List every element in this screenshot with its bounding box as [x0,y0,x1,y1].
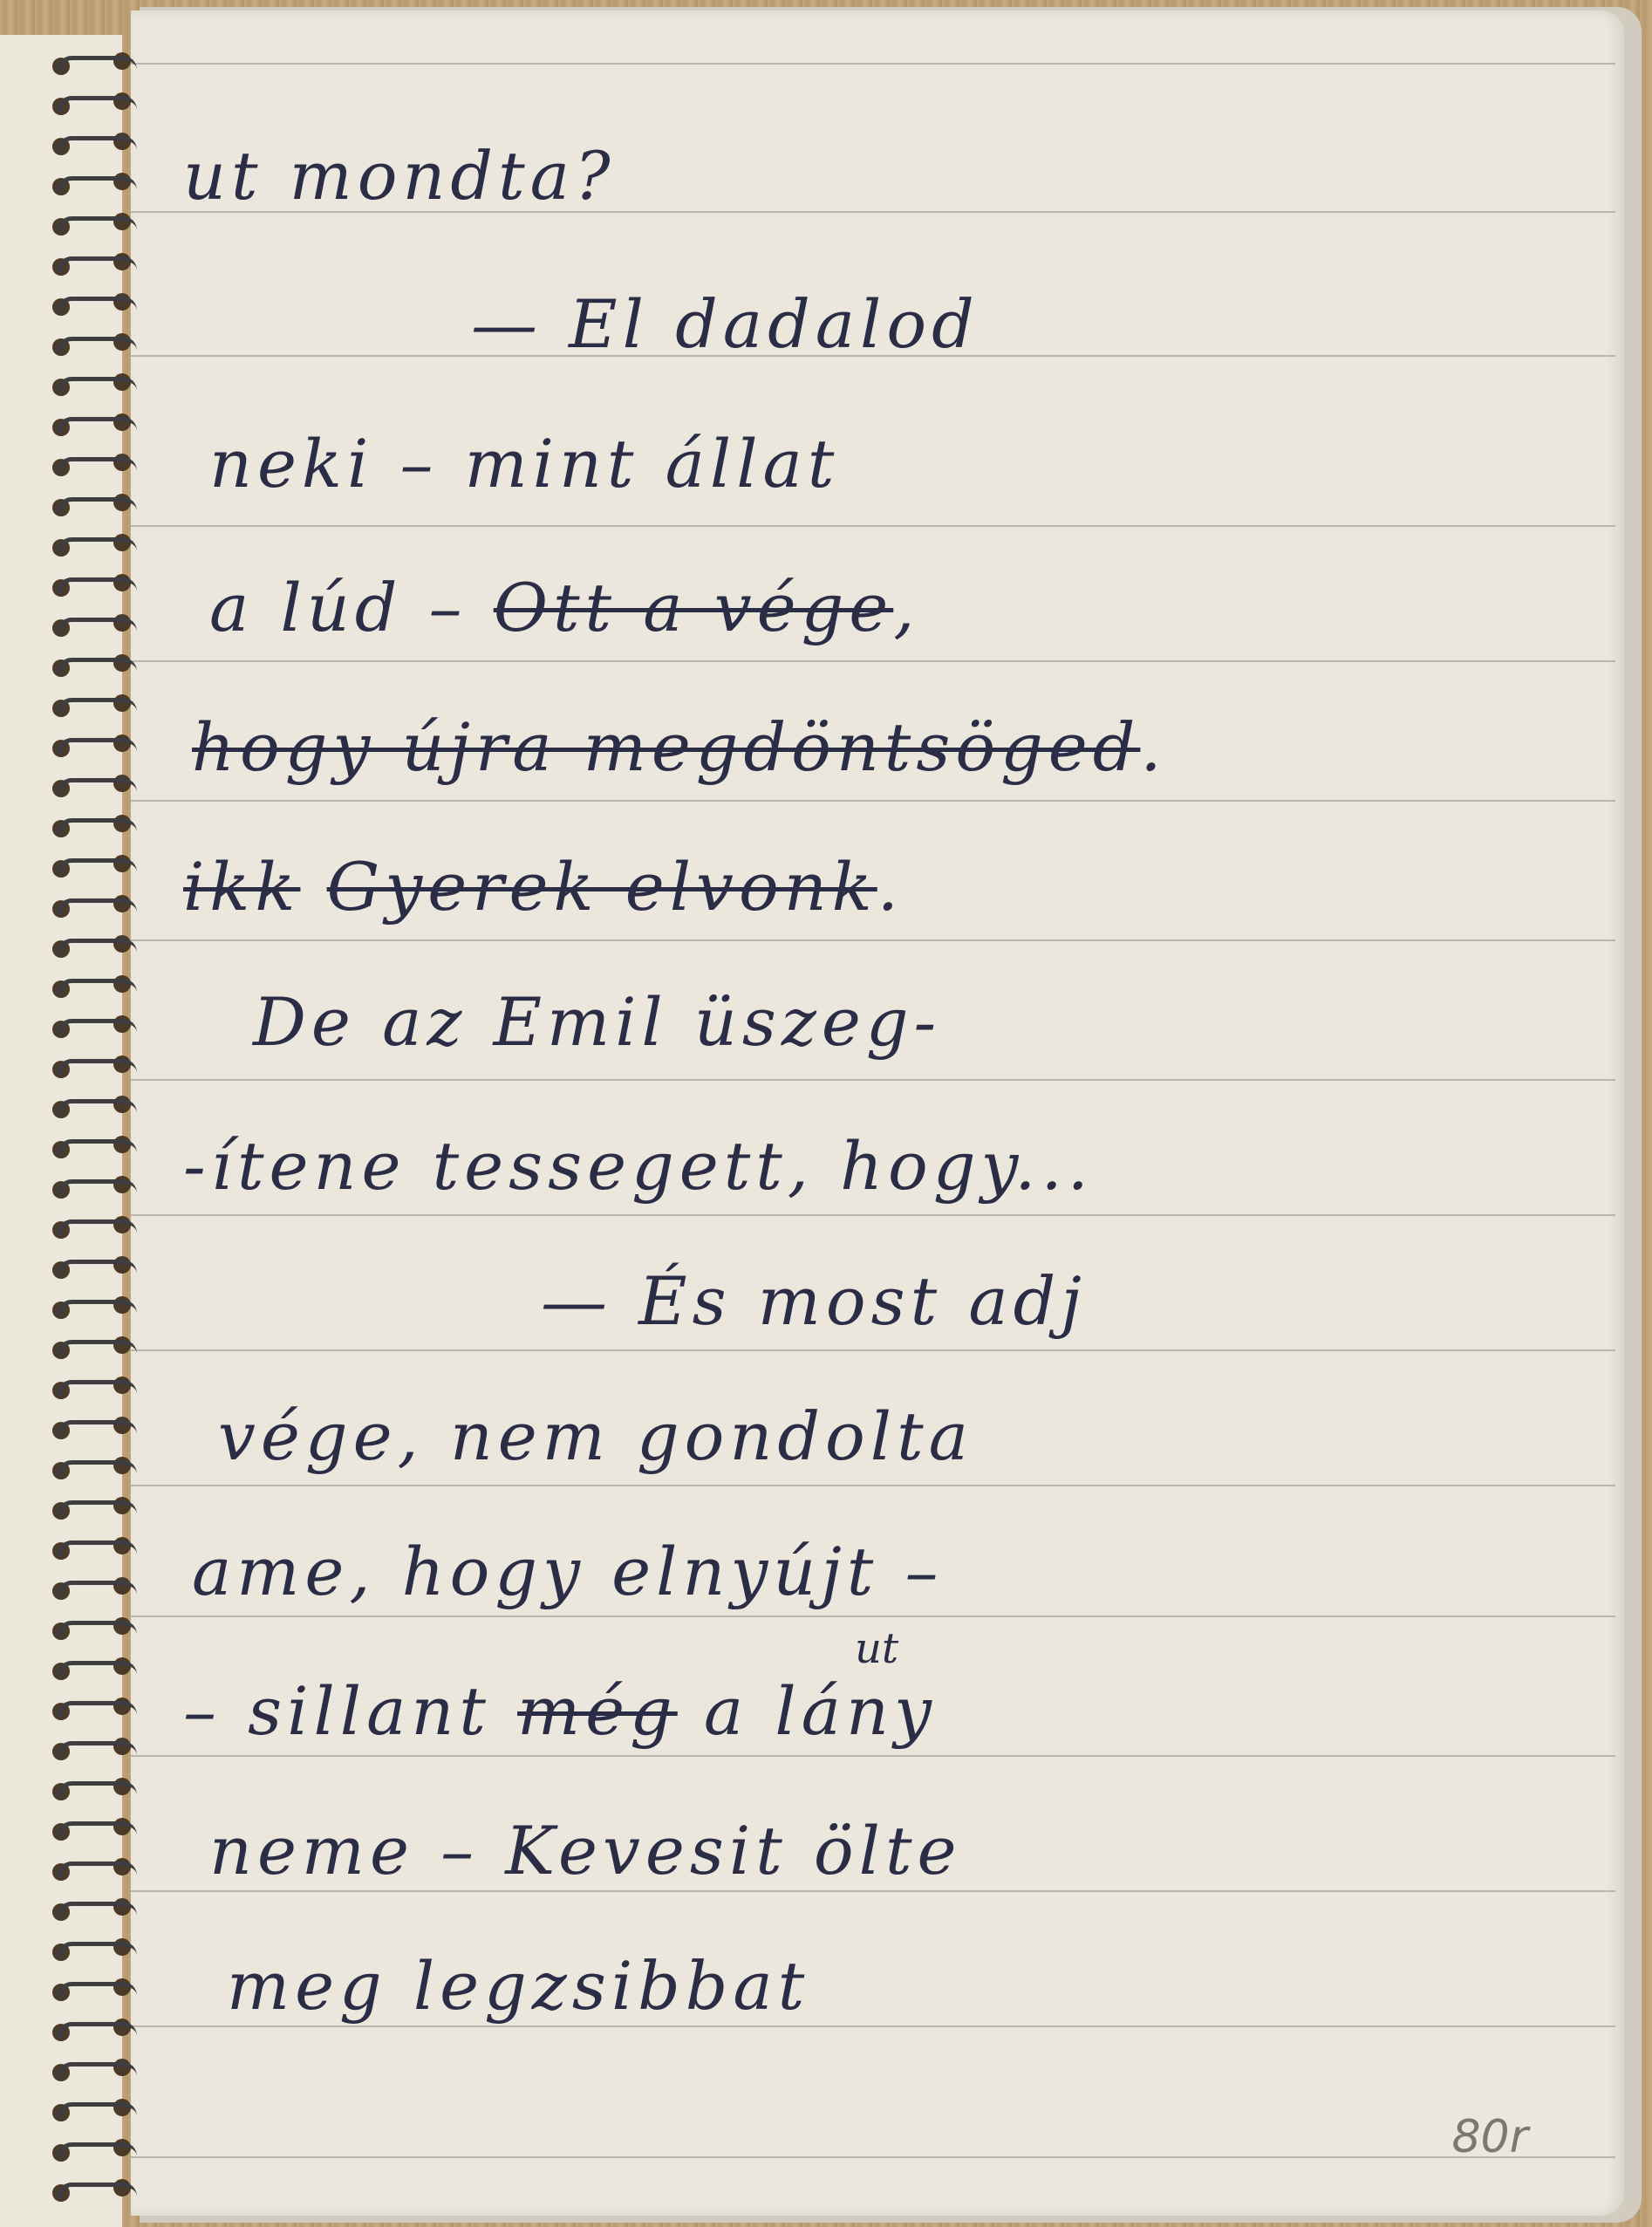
spiral-binding [44,52,148,2216]
struck-text: Ott a vége [494,569,894,646]
handwritten-line-1: ut mondta? [183,137,616,215]
line-text: – sillant [183,1672,517,1750]
struck-text: hogy újra megdöntsöged [192,708,1140,786]
ruled-line [131,63,1615,65]
handwritten-line-9: — És most adj [541,1262,1087,1340]
struck-text: Gyerek elvonk [327,848,877,926]
struck-text: még [517,1672,678,1750]
line-punctuation: . [1140,708,1166,786]
ruled-line [131,1214,1615,1216]
notebook-page: ut mondta? — El dadalod neki – mint álla… [131,10,1624,2216]
ruled-line [131,1349,1615,1351]
handwritten-line-3: neki – mint állat [209,425,839,502]
ruled-line [131,1890,1615,1892]
ruled-line [131,2156,1615,2158]
ruled-line [131,1079,1615,1081]
handwritten-line-12: – sillant még a lány [183,1672,937,1750]
handwritten-line-5: hogy újra megdöntsöged. [192,708,1167,786]
line-text: a lány [678,1672,937,1750]
ruled-line [131,939,1615,941]
handwritten-line-13: neme – Kevesit ölte [209,1812,962,1889]
page-number: 80r [1451,2111,1528,2163]
handwritten-line-11: ame, hogy elnyújt – [192,1533,944,1610]
line-punctuation: , [893,569,919,646]
handwritten-line-14: meg legzsibbat [227,1947,809,2025]
ruled-line [131,660,1615,662]
ruled-line [131,2025,1615,2027]
handwritten-line-2: — El dadalod [471,285,980,363]
ruled-line [131,1616,1615,1617]
line-punctuation: . [877,848,904,926]
ruled-line [131,1485,1615,1486]
struck-text: ikk [183,848,300,926]
handwritten-line-7: De az Emil üszeg- [253,983,941,1061]
handwritten-line-4: a lúd – Ott a vége, [209,569,919,646]
inserted-word: ut [855,1624,898,1673]
handwritten-line-8: -ítene tessegett, hogy... [183,1127,1094,1205]
line-text: a lúd – [209,569,494,646]
handwritten-line-6: ikk Gyerek elvonk. [183,848,904,926]
ruled-line [131,1755,1615,1757]
handwritten-line-10: vége, nem gondolta [218,1397,973,1475]
ruled-line [131,800,1615,802]
ruled-line [131,525,1615,527]
